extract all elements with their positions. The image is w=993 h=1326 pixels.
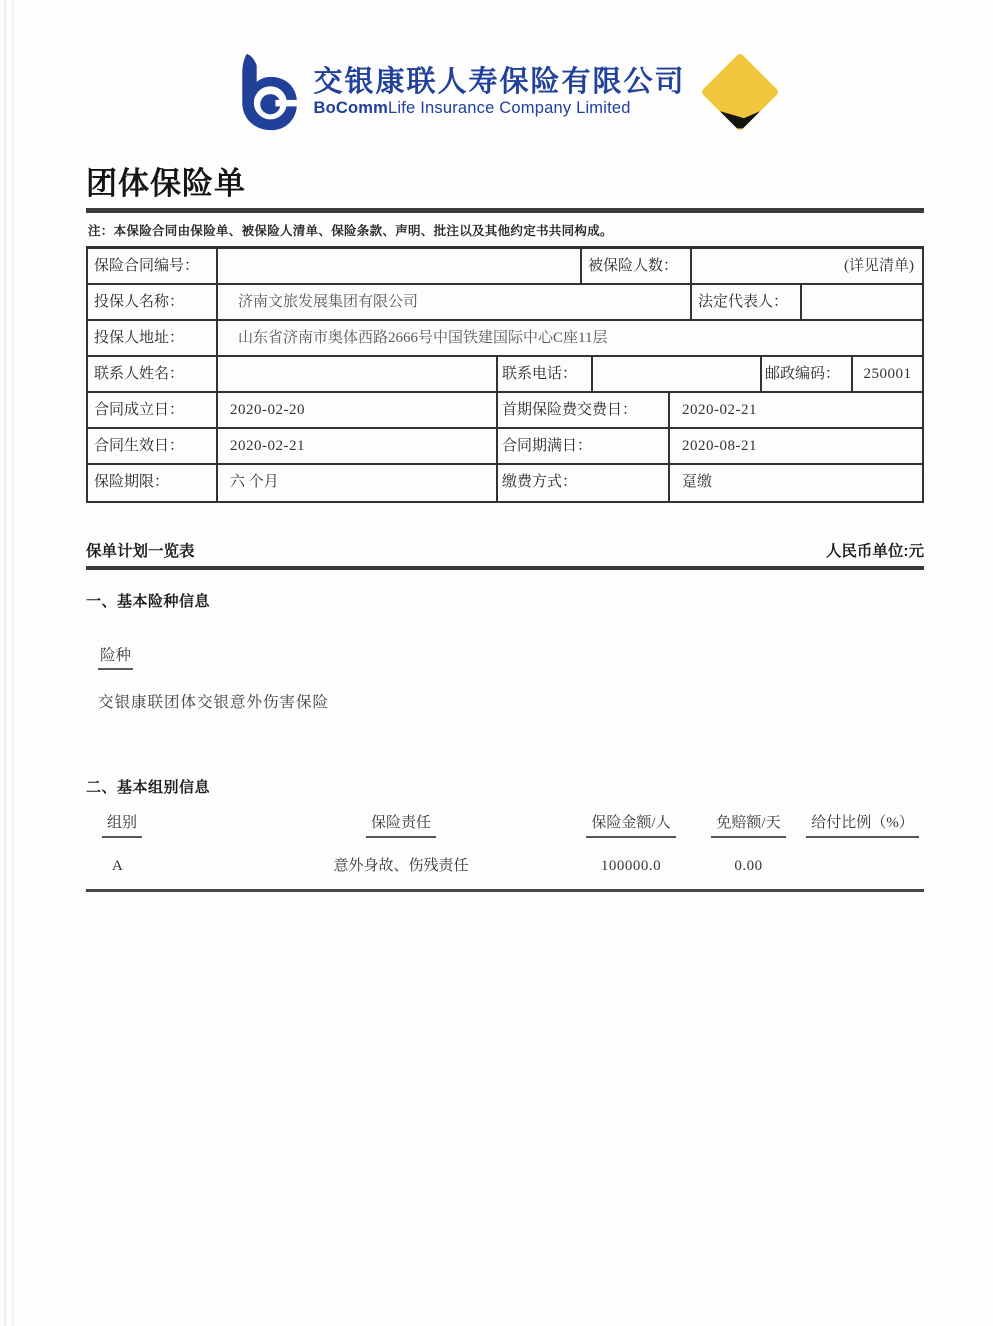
header-payout-ratio: 给付比例（%） [801,811,924,838]
effective-date-label: 合同生效日： [88,429,216,463]
cell-liability: 意外身故、伤残责任 [236,854,566,875]
table-row-established: 合同成立日： 2020-02-20 首期保险费交费日： 2020-02-21 [88,393,922,429]
legal-rep-value [800,285,922,319]
holder-name-label: 投保人名称： [88,285,216,319]
insurance-term-label: 保险期限： [88,465,216,501]
contact-name-label: 联系人姓名： [88,357,216,391]
expiry-date-value: 2020-08-21 [668,429,922,463]
payment-mode-label: 缴费方式： [496,465,668,501]
header-liability: 保险责任 [236,811,566,838]
company-header: 交银康联人寿保险有限公司 BoCommLife Insurance Compan… [0,0,993,132]
table-row-term: 保险期限： 六 个月 缴费方式： 趸缴 [88,465,922,501]
company-name-en: BoCommLife Insurance Company Limited [313,99,630,118]
group-benefit-table: 组别 保险责任 保险金额/人 免赔额/天 给付比例（%） A 意外身故、伤残责任… [86,811,924,892]
cell-group: A [86,858,236,875]
table-row-holder: 投保人名称： 济南文旅发展集团有限公司 法定代表人： [88,285,922,321]
table-row-contact: 联系人姓名： 联系电话： 邮政编码： 250001 [88,357,922,393]
bocomm-logo-icon [225,52,297,132]
title-divider [86,208,924,213]
table-row-contract: 保险合同编号： 被保险人数： (详见清单) [88,249,922,285]
policy-info-table: 保险合同编号： 被保险人数： (详见清单) 投保人名称： 济南文旅发展集团有限公… [86,246,924,503]
group-table-header-row: 组别 保险责任 保险金额/人 免赔额/天 给付比例（%） [86,811,924,838]
cell-sum-insured: 100000.0 [566,858,696,875]
insured-count-label: 被保险人数： [580,249,690,283]
insurance-type-label-text: 险种 [98,643,133,670]
effective-date-value: 2020-02-21 [216,429,496,463]
contract-date-label: 合同成立日： [88,393,216,427]
company-name-block: 交银康联人寿保险有限公司 BoCommLife Insurance Compan… [313,66,685,118]
legal-rep-label: 法定代表人： [690,285,800,319]
document-body: 团体保险单 注：本保险合同由保险单、被保险人清单、保险条款、声明、批注以及其他约… [86,158,924,892]
contract-no-value [216,249,580,283]
header-sum-insured: 保险金额/人 [566,811,696,838]
postal-code-value: 250001 [851,357,922,391]
insurance-term-value: 六 个月 [216,465,496,501]
contact-phone-label: 联系电话： [496,357,591,391]
section-group-info-title: 二、基本组别信息 [86,776,924,797]
scan-artifact-line [12,0,14,1326]
postal-code-label: 邮政编码： [760,357,851,391]
plan-divider [86,566,924,570]
insurance-type-label: 险种 [98,643,924,670]
contact-name-value [216,357,496,391]
scan-artifact-line [4,0,6,1326]
page-title: 团体保险单 [86,158,924,203]
first-premium-date-label: 首期保险费交费日： [496,393,668,427]
cell-deductible: 0.00 [696,858,801,875]
holder-address-label: 投保人地址： [88,321,216,355]
section-basic-insurance-title: 一、基本险种信息 [86,590,924,611]
header-deductible: 免赔额/天 [696,811,801,838]
currency-unit-note: 人民币单位:元 [826,539,924,561]
company-name-en-rest: Life Insurance Company Limited [388,99,631,117]
table-row-effective: 合同生效日： 2020-02-21 合同期满日： 2020-08-21 [88,429,922,465]
contract-no-label: 保险合同编号： [88,249,216,283]
holder-name-value: 济南文旅发展集团有限公司 [216,285,690,319]
plan-section-header: 保单计划一览表 人民币单位:元 [86,539,924,561]
first-premium-date-value: 2020-02-21 [668,393,922,427]
company-name-cn: 交银康联人寿保险有限公司 [313,66,685,99]
group-table-data-row: A 意外身故、伤残责任 100000.0 0.00 [86,854,924,875]
contact-phone-value [591,357,760,391]
insurance-type-value: 交银康联团体交银意外伤害保险 [98,690,924,712]
plan-title: 保单计划一览表 [86,539,195,561]
company-name-en-bold: BoComm [313,99,388,117]
payment-mode-value: 趸缴 [668,465,922,501]
table-row-address: 投保人地址： 山东省济南市奥体西路2666号中国铁建国际中心C座11层 [88,321,922,357]
commbank-diamond-icon [700,52,779,131]
diamond-fold-corner [700,52,779,131]
see-list-note: (详见清单) [690,249,922,283]
header-group: 组别 [86,811,236,838]
holder-address-value: 山东省济南市奥体西路2666号中国铁建国际中心C座11层 [216,321,922,355]
contract-date-value: 2020-02-20 [216,393,496,427]
expiry-date-label: 合同期满日： [496,429,668,463]
group-table-bottom-rule [86,889,924,892]
composition-note: 注：本保险合同由保险单、被保险人清单、保险条款、声明、批注以及其他约定书共同构成… [88,221,924,239]
scanned-policy-page: 交银康联人寿保险有限公司 BoCommLife Insurance Compan… [0,0,993,1326]
